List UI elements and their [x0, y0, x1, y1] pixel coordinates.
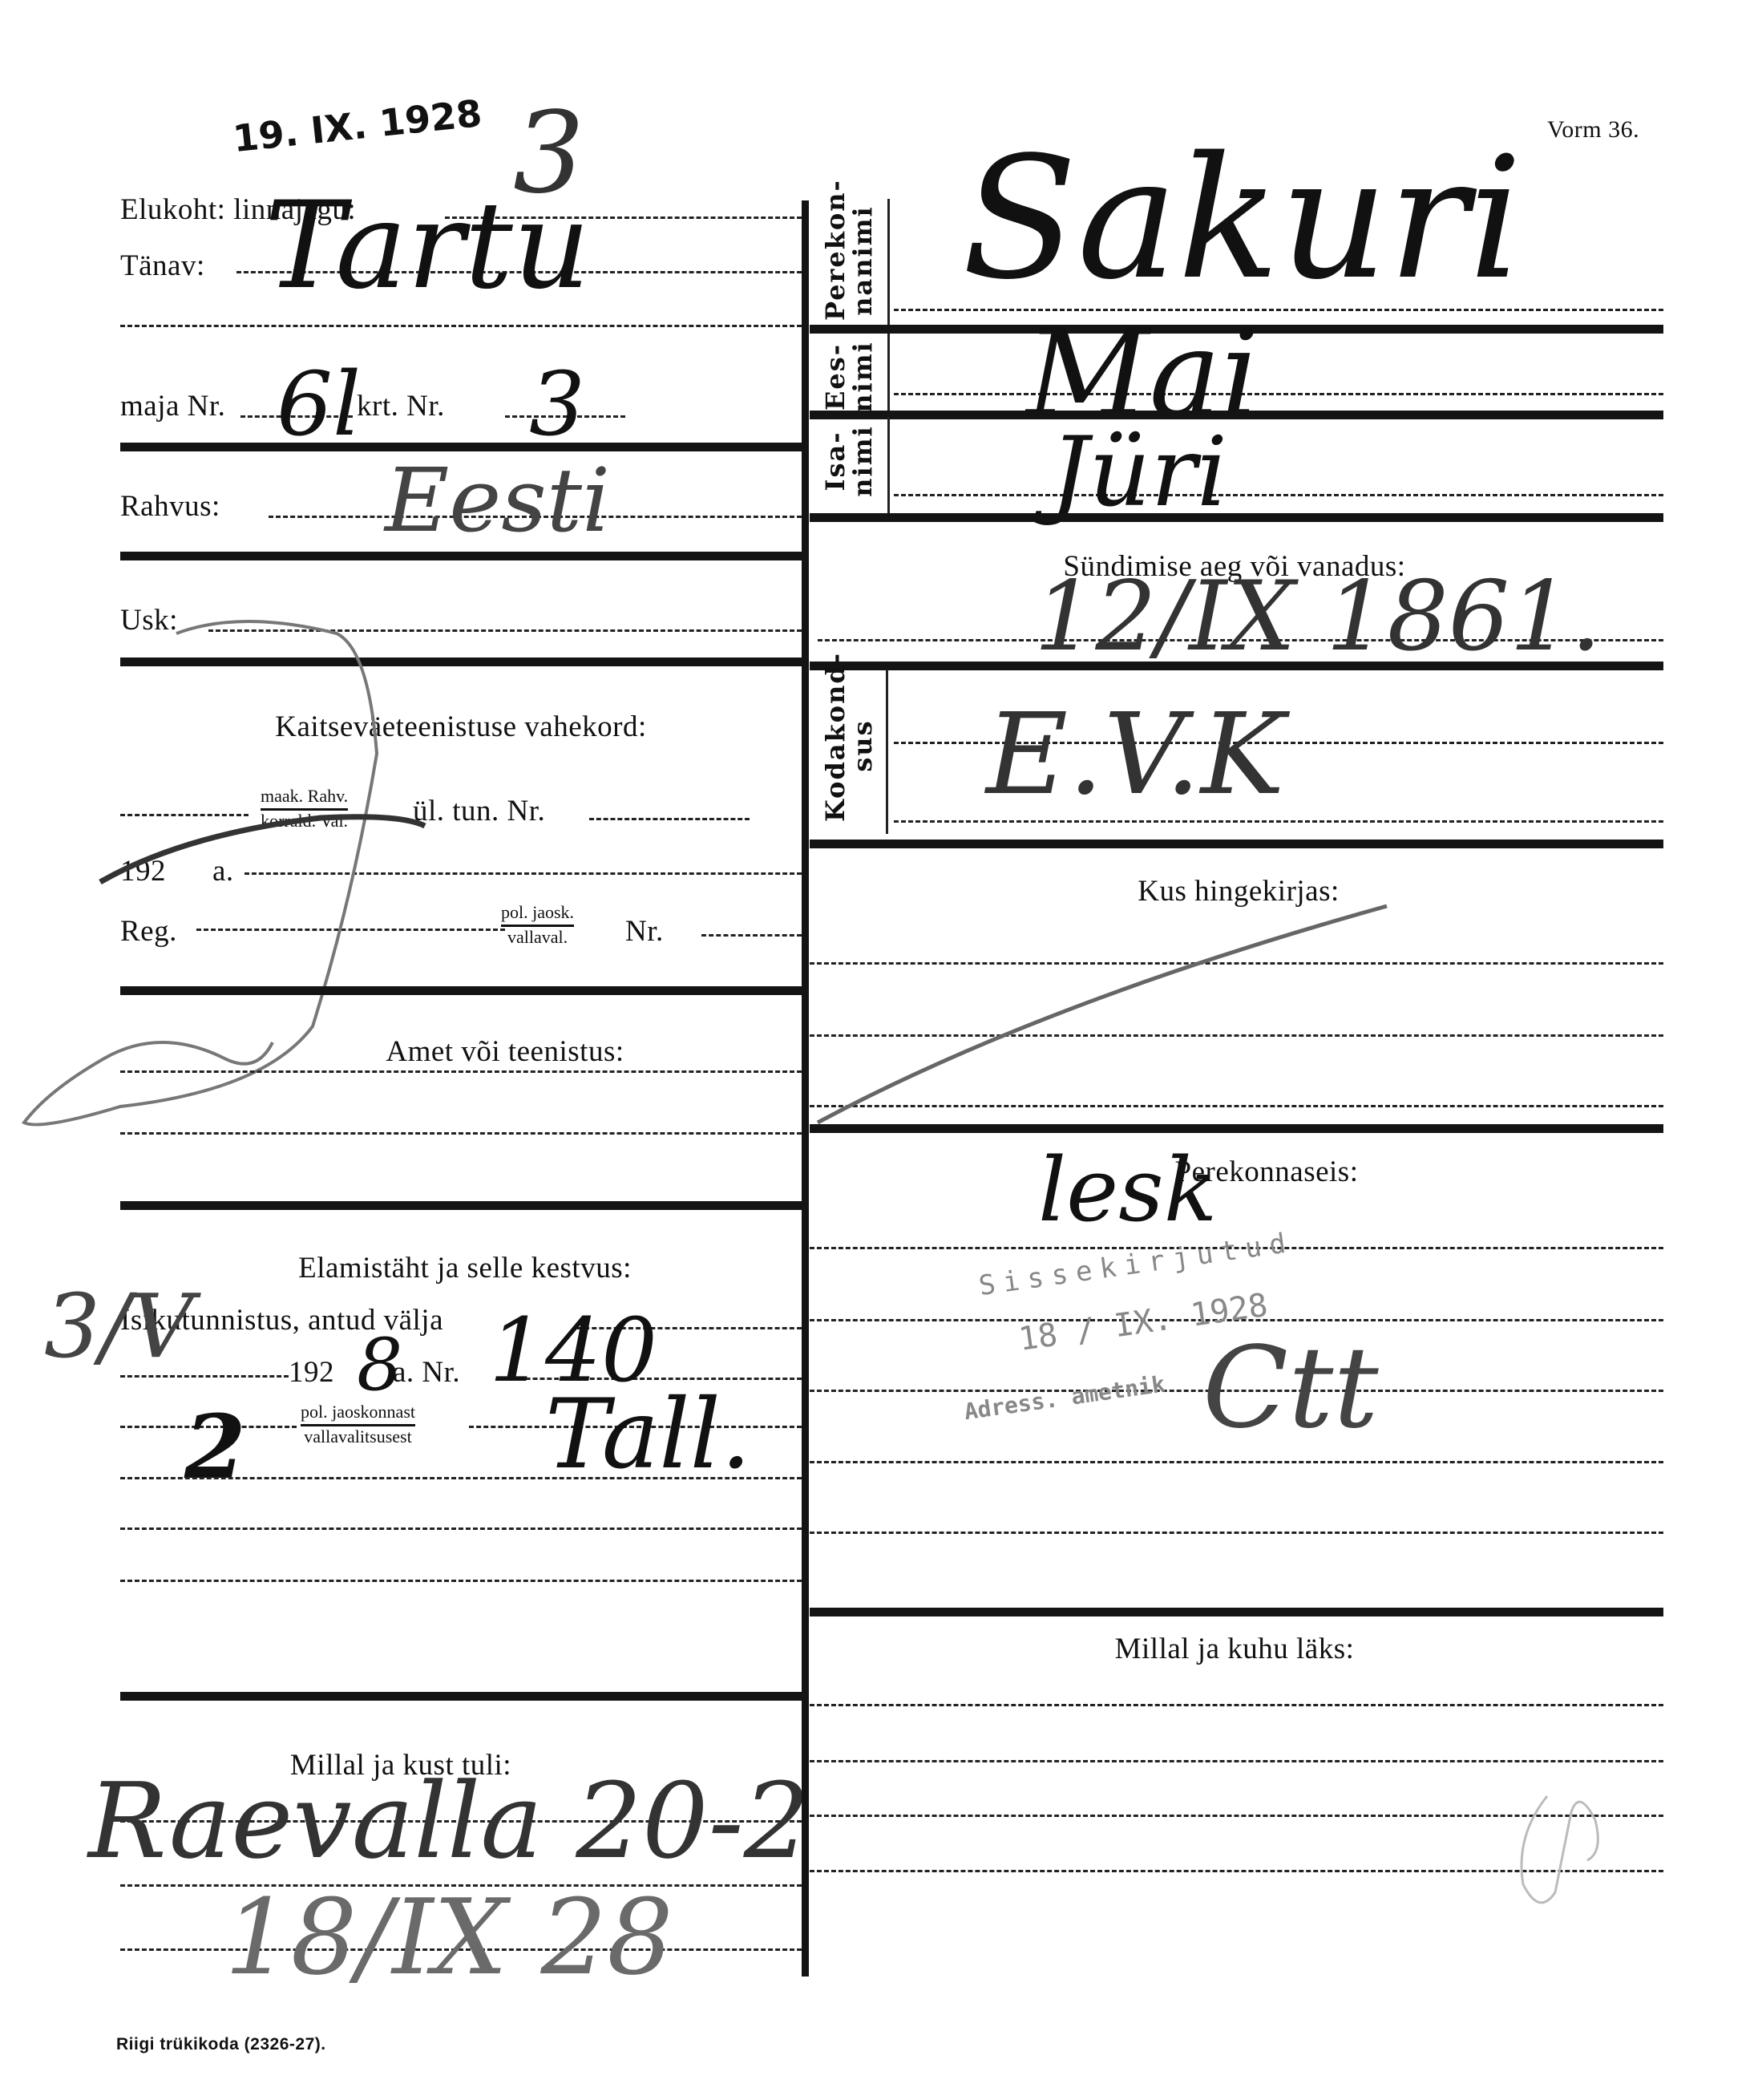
- amet-heading: Amet või teenistus:: [386, 1034, 624, 1069]
- divider: [810, 840, 1663, 848]
- divider: [120, 986, 802, 995]
- divider: [810, 1608, 1663, 1616]
- isik-year-line[interactable]: [120, 1375, 289, 1378]
- krt-label: krt. Nr.: [357, 389, 445, 423]
- handwritten-nationality: Eesti: [385, 449, 610, 552]
- handwritten-house-number: 6l: [277, 353, 361, 455]
- isik-year-prefix: 192: [289, 1355, 334, 1390]
- handwritten-id-date: 3/V: [44, 1275, 193, 1378]
- amet-line-1[interactable]: [120, 1070, 802, 1073]
- elamistaht-line-3[interactable]: [120, 1477, 802, 1479]
- handwritten-apartment-number: 3: [529, 353, 585, 455]
- kodakondsus-line-2[interactable]: [894, 820, 1663, 823]
- millal-laks-line-1[interactable]: [810, 1704, 1663, 1706]
- isanimi-line[interactable]: [894, 494, 1663, 496]
- frac-pol-jaoskonnast: pol. jaoskonnast vallavalitsusest: [301, 1402, 415, 1447]
- eesnimi-label: Ees- nimi: [822, 337, 876, 417]
- form-number: Vorm 36.: [1547, 116, 1639, 144]
- handwritten-previous-address: Raevalla 20-2: [88, 1760, 810, 1882]
- handwritten-arrival-date: 18/IX 28: [224, 1876, 673, 1998]
- perekonnaseis-line-4[interactable]: [810, 1461, 1663, 1463]
- elamistaht-line-5[interactable]: [120, 1580, 802, 1582]
- strikethrough-line: [802, 882, 1443, 1139]
- millal-laks-heading: Millal ja kuhu läks:: [1115, 1632, 1355, 1666]
- date-stamp: 19. IX. 1928: [231, 91, 484, 160]
- handwritten-street: Tartu: [265, 176, 590, 316]
- handwritten-citizenship: E.V.K: [986, 690, 1284, 820]
- label-strip-divider: [887, 199, 890, 439]
- label-strip-divider: [887, 417, 890, 513]
- tanav-label: Tänav:: [120, 249, 205, 283]
- handwritten-birth-date: 12/IX 1861.: [1034, 561, 1602, 673]
- handwritten-signature: Ctt: [1202, 1323, 1379, 1454]
- divider: [810, 1124, 1663, 1133]
- handwritten-issuer-number: 2: [184, 1395, 246, 1499]
- elamistaht-line-4[interactable]: [120, 1527, 802, 1530]
- isik-nr-label: a. Nr.: [393, 1355, 460, 1390]
- divider: [810, 513, 1663, 522]
- perekonnaseis-line-5[interactable]: [810, 1532, 1663, 1534]
- perekonnanimi-label: Perekon- nanimi: [822, 200, 876, 321]
- elamistaht-heading: Elamistäht ja selle kestvus:: [298, 1251, 632, 1285]
- amet-line-2[interactable]: [120, 1132, 802, 1135]
- millal-laks-line-2[interactable]: [810, 1760, 1663, 1762]
- divider: [120, 1692, 802, 1701]
- handwritten-father-name: Jüri: [1050, 417, 1227, 528]
- divider: [120, 552, 802, 560]
- printer-line: Riigi trükikoda (2326-27).: [116, 2035, 326, 2054]
- divider: [120, 1201, 802, 1210]
- divider: [810, 411, 1663, 419]
- isanimi-label: Isa- nimi: [822, 421, 876, 501]
- kodakondsus-label: Kodakond- sus: [822, 670, 876, 822]
- handwritten-surname: Sakuri: [962, 120, 1522, 317]
- tanav-line-2[interactable]: [120, 325, 802, 327]
- maja-label: maja Nr.: [120, 389, 225, 423]
- pencil-mark: [1499, 1764, 1627, 1924]
- divider: [810, 662, 1663, 670]
- label-strip-divider: [886, 670, 888, 834]
- handwritten-issuer-place: Tall.: [545, 1379, 751, 1491]
- handwritten-marital-status: lesk: [1038, 1139, 1217, 1241]
- eesnimi-line[interactable]: [894, 393, 1663, 395]
- rahvus-label: Rahvus:: [120, 489, 220, 524]
